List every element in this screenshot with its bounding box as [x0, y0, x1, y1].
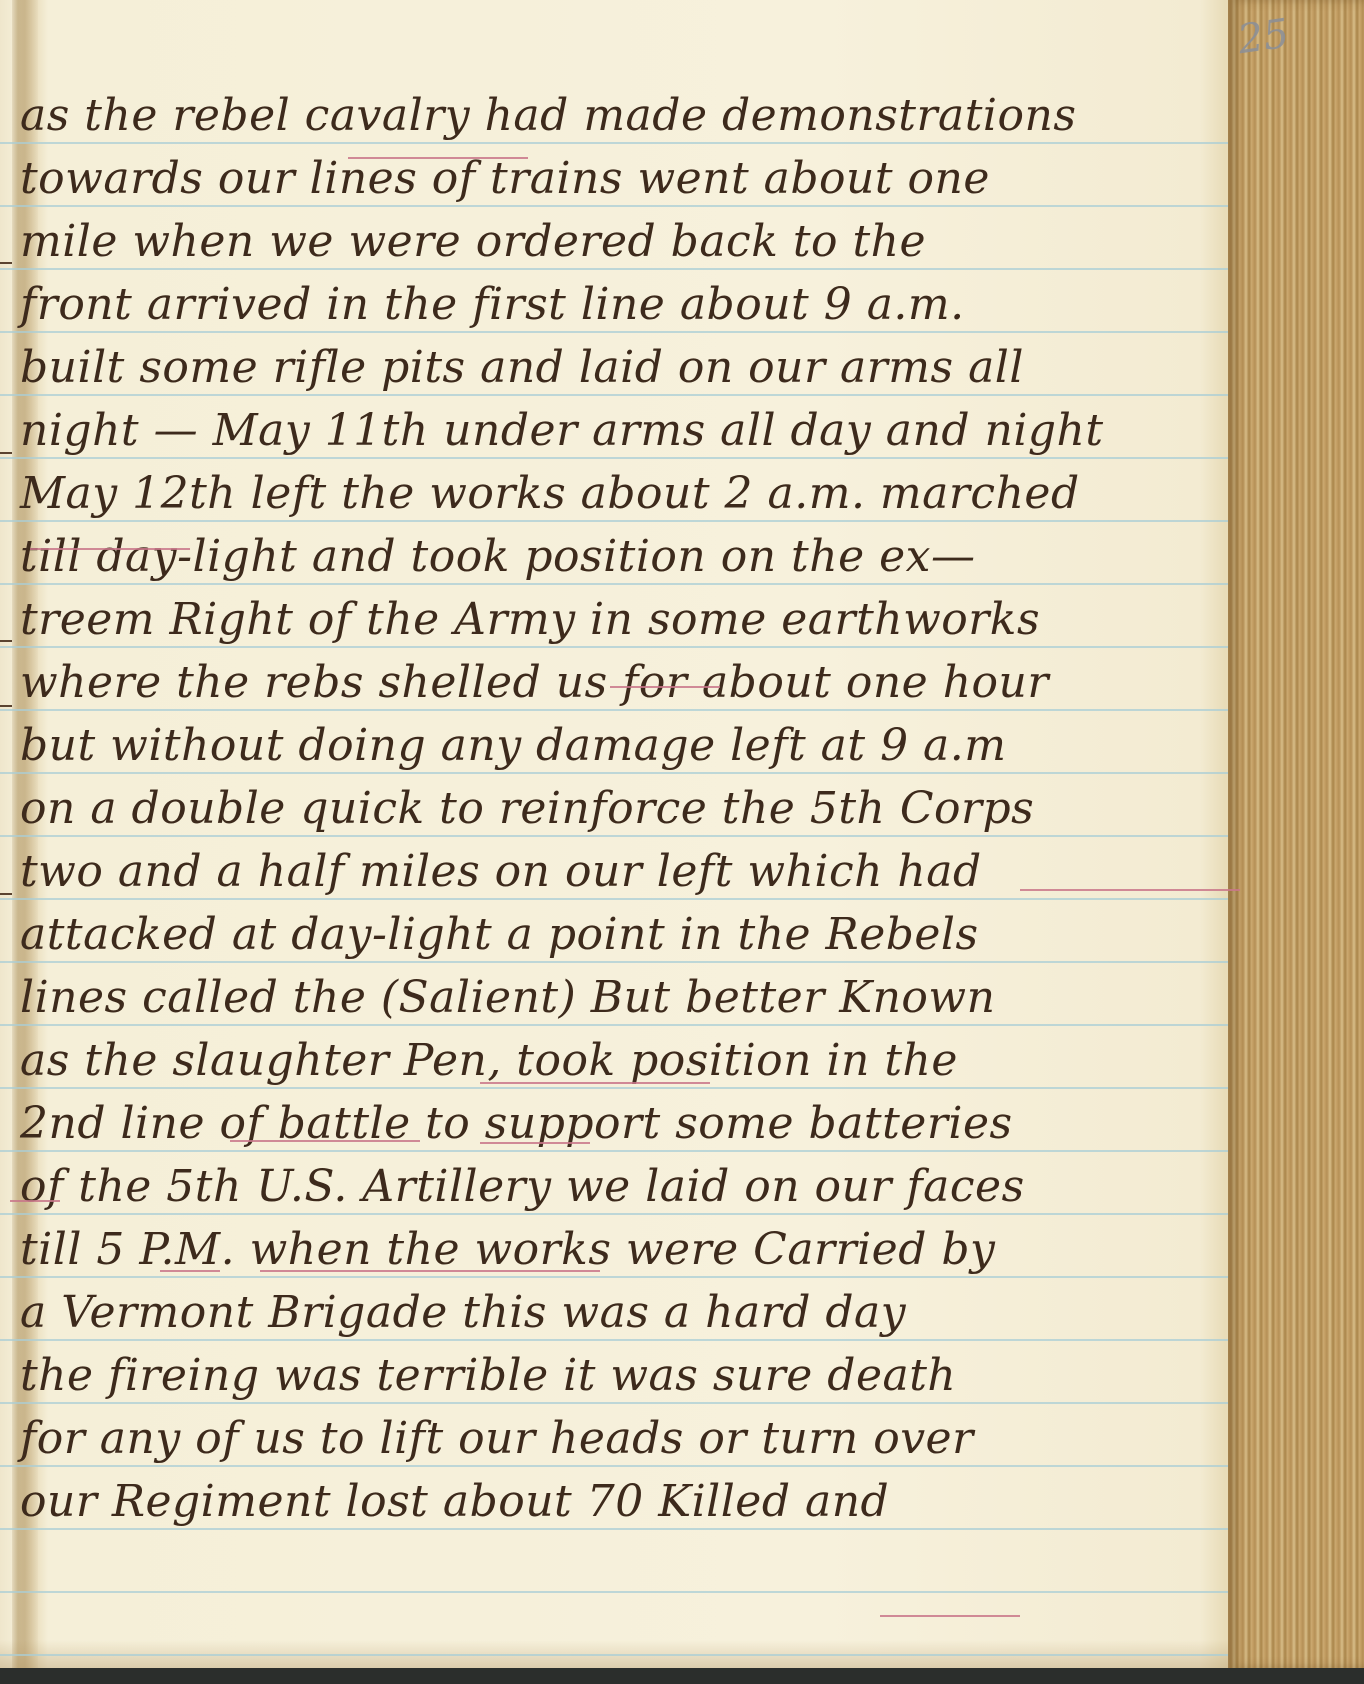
margin-mark [0, 640, 12, 642]
text-line: but without doing any damage left at 9 a… [20, 714, 1007, 777]
book-binding [0, 1668, 1364, 1684]
text-line: two and a half miles on our left which h… [20, 840, 982, 903]
underline-mark [610, 686, 720, 688]
margin-mark [0, 893, 12, 895]
text-line: attacked at day-light a point in the Reb… [20, 903, 979, 966]
text-line: the fireing was terrible it was sure dea… [20, 1344, 956, 1407]
underline-mark [480, 1142, 590, 1144]
text-line: built some rifle pits and laid on our ar… [20, 336, 1024, 399]
underline-mark [1020, 889, 1240, 891]
text-line: front arrived in the first line about 9 … [20, 273, 965, 336]
diary-page: 25 as the rebel cavalry had made demonst… [0, 0, 1364, 1668]
text-line: 2nd line of battle to support some batte… [20, 1092, 1013, 1155]
page-fore-edge [1228, 0, 1364, 1668]
handwritten-text: as the rebel cavalry had made demonstrat… [20, 0, 1230, 1668]
underline-mark [230, 1140, 420, 1142]
text-line: mile when we were ordered back to the [20, 210, 926, 273]
underline-mark [260, 1270, 600, 1272]
text-line: on a double quick to reinforce the 5th C… [20, 777, 1034, 840]
underline-mark [880, 1615, 1020, 1617]
text-line: for any of us to lift our heads or turn … [20, 1407, 974, 1470]
text-line: treem Right of the Army in some earthwor… [20, 588, 1040, 651]
text-line: till day-light and took position on the … [20, 525, 975, 588]
text-line: as the rebel cavalry had made demonstrat… [20, 84, 1076, 147]
underline-mark [10, 1200, 60, 1202]
text-line: lines called the (Salient) But better Kn… [20, 966, 995, 1029]
text-line: May 12th left the works about 2 a.m. mar… [20, 462, 1080, 525]
margin-mark [0, 705, 12, 707]
underline-mark [480, 1082, 710, 1084]
underline-mark [348, 157, 528, 159]
underline-mark [30, 548, 190, 550]
text-line: a Vermont Brigade this was a hard day [20, 1281, 906, 1344]
text-line: our Regiment lost about 70 Killed and [20, 1470, 889, 1533]
text-line: where the rebs shelled us for about one … [20, 651, 1049, 714]
underline-mark [160, 1270, 220, 1272]
margin-mark [0, 262, 12, 264]
text-line: night — May 11th under arms all day and … [20, 399, 1104, 462]
page-number: 25 [1235, 11, 1292, 64]
text-line: of the 5th U.S. Artillery we laid on our… [20, 1155, 1025, 1218]
margin-mark [0, 452, 12, 454]
